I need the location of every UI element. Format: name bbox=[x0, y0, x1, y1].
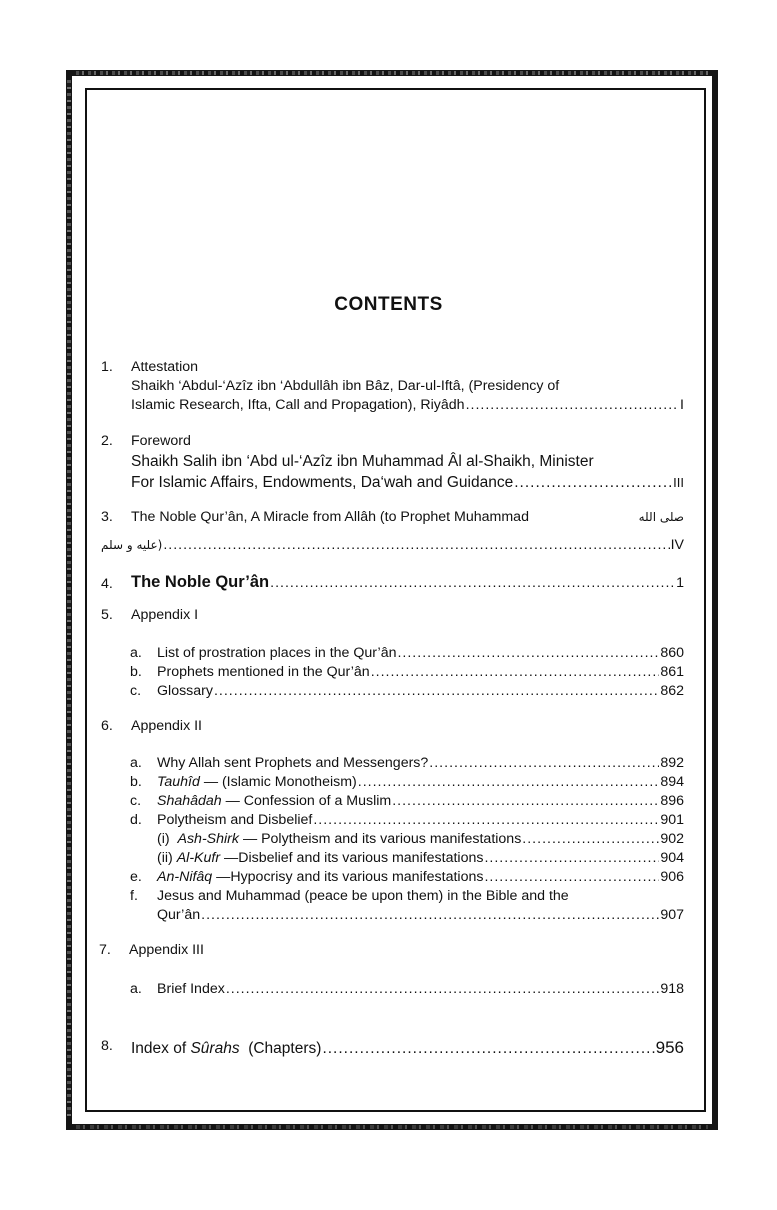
entry-title: The Noble Qur’ân, A Miracle from Allâh (… bbox=[131, 508, 529, 527]
appendix-3-items: a. Brief Index918 bbox=[101, 980, 684, 999]
leader-dots bbox=[466, 396, 679, 415]
page-number[interactable]: 892 bbox=[660, 754, 684, 773]
entry-title: Appendix III bbox=[129, 941, 684, 960]
leader-dots bbox=[514, 472, 672, 493]
leader-dots bbox=[163, 536, 669, 555]
page-number[interactable]: 956 bbox=[656, 1037, 684, 1058]
page-number[interactable]: 896 bbox=[660, 792, 684, 811]
toc-subentry[interactable]: b. Tauhîd — (Islamic Monotheism)894 bbox=[130, 773, 684, 792]
entry-number: 6. bbox=[101, 717, 113, 736]
toc-entry-appendix-1[interactable]: 5. Appendix I bbox=[101, 606, 684, 625]
entry-number: 3. bbox=[101, 508, 113, 527]
leader-dots bbox=[484, 868, 659, 887]
page-number[interactable]: 860 bbox=[660, 644, 684, 663]
leader-dots bbox=[397, 644, 659, 663]
leader-dots bbox=[270, 574, 675, 593]
leader-dots bbox=[214, 682, 659, 701]
leader-dots bbox=[201, 906, 659, 925]
leader-dots bbox=[371, 663, 660, 682]
leader-dots bbox=[358, 773, 660, 792]
page-number[interactable]: 902 bbox=[660, 830, 684, 849]
table-of-contents: 1. Attestation Shaikh ‘Abdul-‘Azîz ibn ‘… bbox=[101, 358, 684, 1059]
leader-dots bbox=[429, 754, 659, 773]
entry-number: 8. bbox=[101, 1037, 113, 1056]
page-number[interactable]: III bbox=[673, 472, 684, 493]
entry-number: 2. bbox=[101, 432, 113, 451]
entry-number: 5. bbox=[101, 606, 113, 625]
leader-dots bbox=[484, 849, 659, 868]
entry-description: Shaikh ‘Abdul-‘Azîz ibn ‘Abdullâh ibn Bâ… bbox=[131, 377, 684, 396]
leader-dots bbox=[226, 980, 660, 999]
border-texture bbox=[76, 1125, 708, 1129]
leader-dots bbox=[322, 1038, 654, 1059]
entry-title: The Noble Qur’ân bbox=[131, 573, 269, 592]
toc-subentry[interactable]: e. An-Nifâq —Hypocrisy and its various m… bbox=[130, 868, 684, 887]
toc-subentry[interactable]: d. Polytheism and Disbelief901 bbox=[130, 811, 684, 830]
leader-dots bbox=[392, 792, 659, 811]
page-number[interactable]: 861 bbox=[660, 663, 684, 682]
entry-number: 1. bbox=[101, 358, 113, 377]
entry-title: Appendix I bbox=[131, 606, 684, 625]
entry-description: Islamic Research, Ifta, Call and Propaga… bbox=[131, 396, 465, 415]
entry-title: Attestation bbox=[131, 358, 684, 377]
toc-subentry[interactable]: a. Why Allah sent Prophets and Messenger… bbox=[130, 754, 684, 773]
page-number[interactable]: 1 bbox=[676, 574, 684, 593]
page-number[interactable]: 904 bbox=[660, 849, 684, 868]
leader-dots bbox=[522, 830, 659, 849]
page-number[interactable]: 894 bbox=[660, 773, 684, 792]
entry-description: For Islamic Affairs, Endowments, Da‘wah … bbox=[131, 472, 513, 493]
page-number[interactable]: 862 bbox=[660, 682, 684, 701]
toc-subentry[interactable]: (ii) Al-Kufr —Disbelief and its various … bbox=[130, 849, 684, 868]
toc-entry-foreword[interactable]: 2. Foreword Shaikh Salih ibn ‘Abd ul-‘Az… bbox=[101, 432, 684, 493]
arabic-honorific: صلى الله bbox=[639, 508, 684, 527]
appendix-2-items: a. Why Allah sent Prophets and Messenger… bbox=[101, 754, 684, 925]
border-texture bbox=[67, 80, 71, 1120]
page-number[interactable]: 906 bbox=[660, 868, 684, 887]
appendix-1-items: a. List of prostration places in the Qur… bbox=[101, 644, 684, 701]
page-number[interactable]: 918 bbox=[660, 980, 684, 999]
toc-subentry[interactable]: c. Shahâdah — Confession of a Muslim896 bbox=[130, 792, 684, 811]
toc-subentry[interactable]: a. List of prostration places in the Qur… bbox=[130, 644, 684, 663]
toc-entry-noble-quran[interactable]: 4. The Noble Qur’ân 1 bbox=[101, 573, 684, 593]
entry-number: 4. bbox=[101, 575, 113, 594]
arabic-honorific: (عليه و سلم bbox=[101, 536, 162, 555]
page-number[interactable]: IV bbox=[671, 536, 684, 555]
toc-subentry[interactable]: f. Jesus and Muhammad (peace be upon the… bbox=[130, 887, 684, 925]
toc-entry-miracle[interactable]: 3. The Noble Qur’ân, A Miracle from Allâ… bbox=[101, 508, 684, 555]
toc-entry-appendix-2[interactable]: 6. Appendix II bbox=[101, 717, 684, 736]
toc-subentry[interactable]: a. Brief Index918 bbox=[130, 980, 684, 999]
leader-dots bbox=[313, 811, 659, 830]
toc-subentry[interactable]: c. Glossary862 bbox=[130, 682, 684, 701]
border-texture bbox=[76, 71, 708, 75]
entry-number: 7. bbox=[99, 941, 111, 960]
entry-title: Appendix II bbox=[131, 717, 684, 736]
toc-entry-appendix-3[interactable]: 7. Appendix III bbox=[101, 941, 684, 960]
entry-title: Foreword bbox=[131, 432, 684, 451]
toc-entry-index-of-surahs[interactable]: 8. Index of Sûrahs (Chapters) 956 bbox=[101, 1037, 684, 1059]
page-number[interactable]: 901 bbox=[660, 811, 684, 830]
toc-entry-attestation[interactable]: 1. Attestation Shaikh ‘Abdul-‘Azîz ibn ‘… bbox=[101, 358, 684, 415]
page-number[interactable]: 907 bbox=[660, 906, 684, 925]
toc-subentry[interactable]: (i) Ash-Shirk — Polytheism and its vario… bbox=[130, 830, 684, 849]
entry-description: Shaikh Salih ibn ‘Abd ul-‘Azîz ibn Muham… bbox=[131, 451, 684, 472]
toc-subentry[interactable]: b. Prophets mentioned in the Qur’ân861 bbox=[130, 663, 684, 682]
page-title: CONTENTS bbox=[0, 294, 777, 316]
page-number[interactable]: I bbox=[680, 396, 684, 415]
